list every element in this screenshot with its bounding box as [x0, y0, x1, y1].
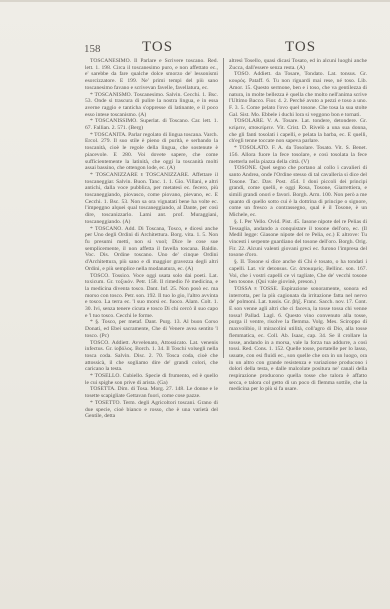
headword: TOSONE.: [234, 165, 257, 171]
headword: TOSCO.: [90, 340, 110, 346]
headword: TOSSA e TOSSE.: [234, 286, 278, 292]
right-column: altresì Tosello, quasi dicasi Tosato, ed…: [229, 58, 367, 393]
dictionary-entry: * TOSCANITA. Parlar regolato di lingua t…: [85, 132, 218, 172]
headword: §. II.: [234, 259, 245, 265]
dictionary-entry: TOSOLARE. V. A. Tosare. Lat. tondere, de…: [229, 118, 367, 145]
dictionary-entry: TOSCO. Tossico. Voce oggi usata solo dai…: [85, 273, 218, 320]
headword: * TOSCANISMO.: [90, 92, 132, 98]
definition: Tosco, per metaf. Dant. Purg. 13. Al buo…: [85, 319, 218, 338]
headword: TOSCANESIMO.: [90, 58, 131, 64]
dictionary-entry: * TOSOLATO. F. A. da Tosolare. Tosato. V…: [229, 145, 367, 165]
dictionary-entry: TOSO. Addiett. da Tosare, Tondato. Lat. …: [229, 71, 367, 118]
definition: Tosone si dice anche di Chi è tosato, o …: [229, 259, 367, 285]
running-head-right: TOS: [285, 39, 316, 56]
dictionary-entry: TOSCANESIMO. Il Parlare e Scrivere tosca…: [85, 58, 218, 92]
definition: Affettare il toscaneggiar. Salvin. Buon.…: [85, 172, 218, 225]
headword: * TOSETTO.: [90, 400, 121, 406]
dictionary-entry: §. II. Tosone si dice anche di Chi è tos…: [229, 259, 367, 286]
dictionary-entry: TOSONE. Quel segno che portano al collo …: [229, 165, 367, 219]
dictionary-entry: * TOSCANISMO. Toscanesimo. Salvin. Cecch…: [85, 92, 218, 119]
headword: * TOSOLATO.: [234, 145, 269, 151]
dictionary-entry: * TOSELLO. Cubiello. Specie di frumento,…: [85, 373, 218, 386]
headword: * §.: [90, 319, 99, 325]
headword: * TOSCANITA.: [90, 132, 127, 138]
headword: TOSOLARE.: [234, 118, 265, 124]
headword: * TOSCANISSIMO.: [90, 118, 138, 124]
dictionary-entry: TOSETTA. Dim. di Tosa. Morg. 27. 148. Le…: [85, 386, 218, 399]
headword: TOSCO.: [90, 273, 110, 279]
headword: * TOSELLO.: [90, 373, 121, 379]
dictionary-entry: * TOSETTO. Term. degli Agricoltori tosca…: [85, 400, 218, 420]
page-number: 158: [84, 43, 101, 55]
dictionary-page: 158 TOS TOS TOSCANESIMO. Il Parlare e Sc…: [0, 0, 390, 609]
dictionary-entry: TOSCO. Addiett. Avvelenato, Attossicato.…: [85, 340, 218, 374]
headword: §. I.: [234, 219, 243, 225]
dictionary-entry: * TOSCANIZZARE e TOSCANIZZARE. Affettare…: [85, 172, 218, 226]
definition: Tossico. Voce oggi usata solo dai poeti.…: [85, 273, 218, 319]
dictionary-entry: * TOSCANISSIMO. Superlat. di Toscano. Ca…: [85, 118, 218, 131]
dictionary-entry: * TOSCANO. Add. Di Toscana, Tosco, e dic…: [85, 226, 218, 273]
page-edge: [0, 0, 390, 2]
headword: * TOSCANIZZARE e TOSCANIZZARE.: [90, 172, 189, 178]
column-divider: [223, 58, 224, 358]
dictionary-entry: §. I. Per Vello. Ovid. Pist. 45. Iasone …: [229, 219, 367, 259]
definition: altresì Tosello, quasi dicasi Tosato, ed…: [229, 58, 367, 71]
definition: Quel segno che portano al collo i cavali…: [229, 165, 367, 218]
running-head-left: TOS: [142, 39, 173, 56]
dictionary-entry: * §. Tosco, per metaf. Dant. Purg. 13. A…: [85, 319, 218, 339]
dictionary-entry: TOSSA e TOSSE. Espirazione sonoramente, …: [229, 286, 367, 393]
dictionary-entry: altresì Tosello, quasi dicasi Tosato, ed…: [229, 58, 367, 71]
headword: TOSO.: [234, 71, 250, 77]
left-column: TOSCANESIMO. Il Parlare e Scrivere tosca…: [85, 58, 218, 420]
definition: Parlar regolato di lingua toscana. Varch…: [85, 132, 218, 172]
headword: TOSETTA.: [90, 386, 116, 392]
definition: Espirazione sonoramente, sonora ed inter…: [229, 286, 367, 393]
definition: Per Vello. Ovid. Pist. 45. Iasone nipote…: [229, 219, 367, 259]
definition: Addiett. da Tosare, Tondato. Lat. tonsus…: [229, 71, 367, 117]
definition: Add. Di Toscana, Tosco, e dicesi anche p…: [85, 226, 218, 272]
headword: * TOSCANO.: [90, 226, 123, 232]
page-header: 158 TOS TOS: [84, 38, 369, 54]
